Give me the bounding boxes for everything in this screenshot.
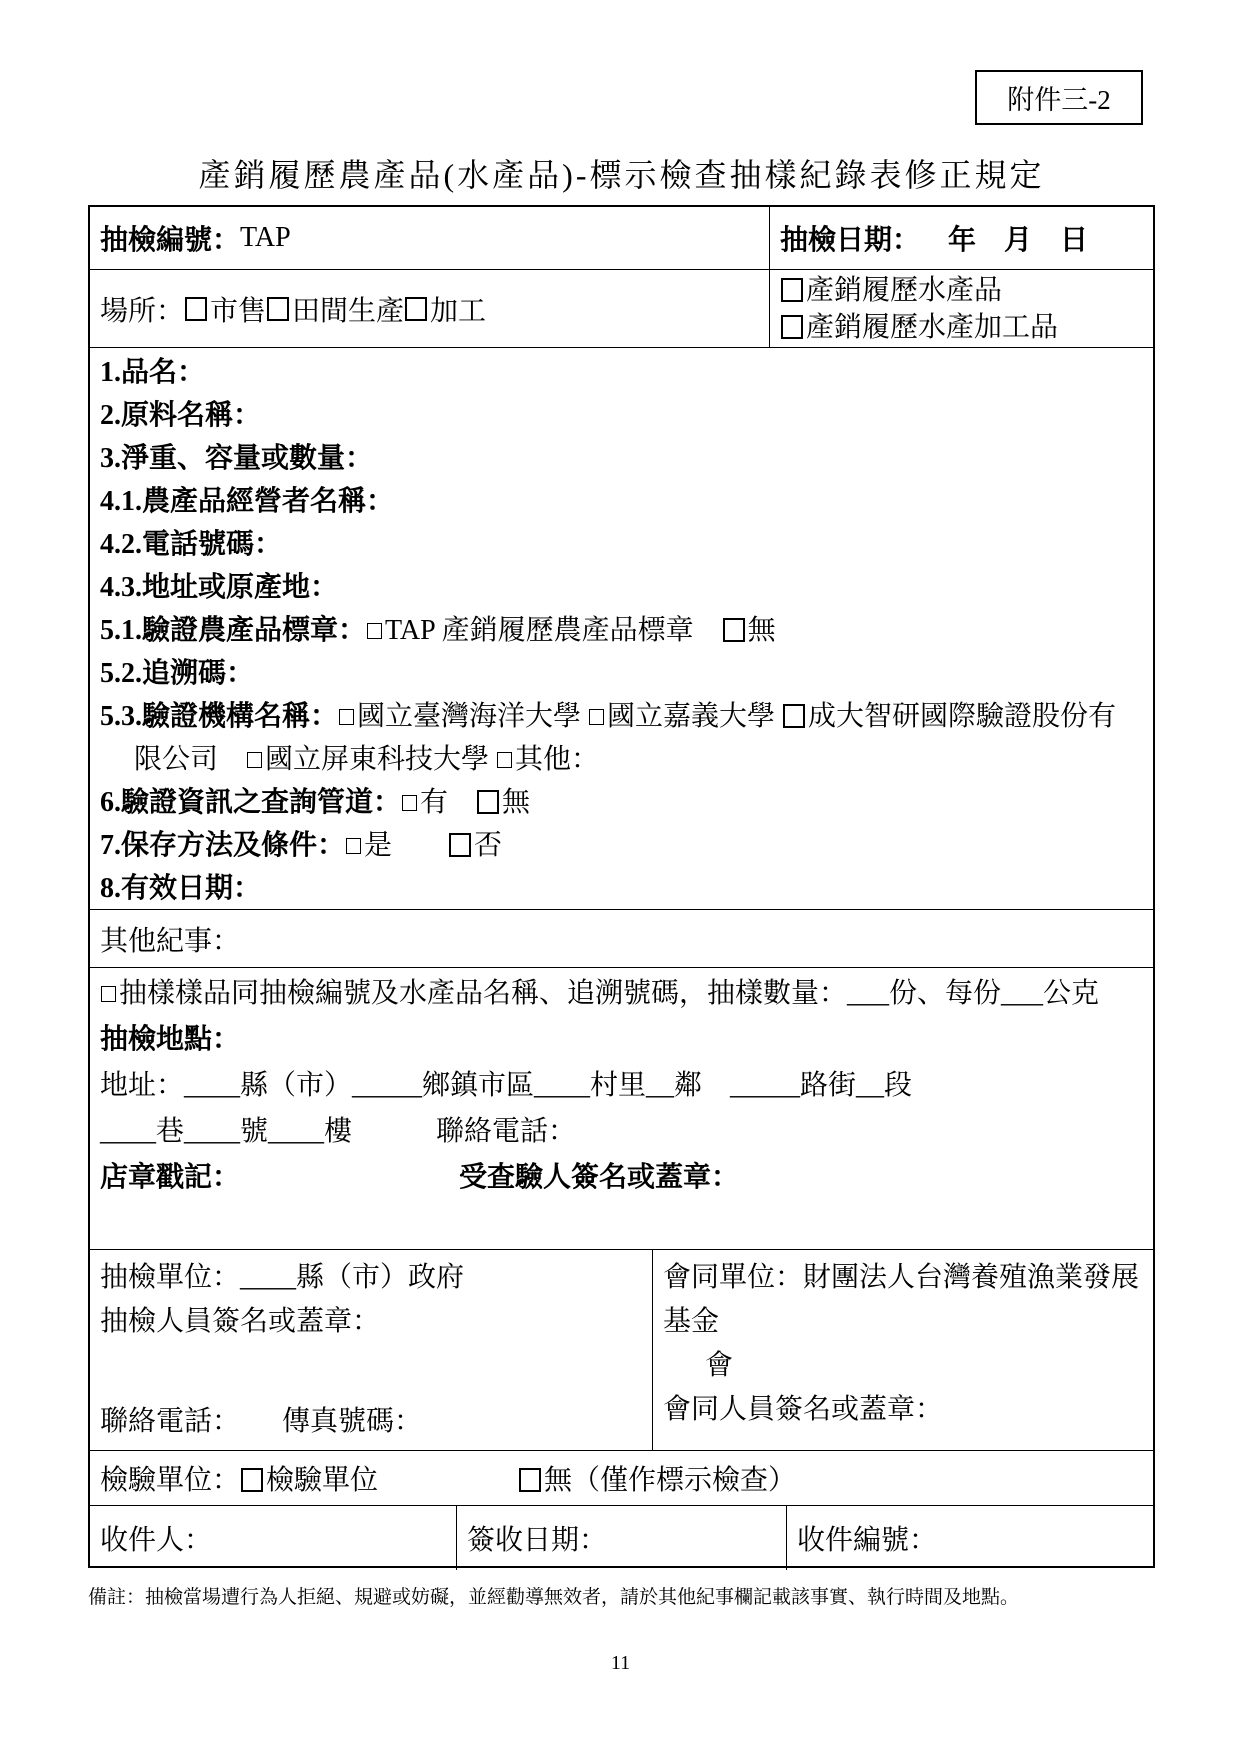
- form-item: 1.品名：: [100, 351, 1143, 394]
- accompanying-personnel-signature-label: 會同人員簽名或蓋章：: [663, 1388, 1143, 1432]
- receipt-number-label: 收件編號：: [797, 1525, 937, 1556]
- accompanying-unit-line-2: 會: [663, 1344, 1143, 1388]
- form-item-label: 5.3.驗證機構名稱：: [100, 701, 338, 732]
- form-item-label: 2.原料名稱：: [100, 400, 261, 431]
- attachment-label: 附件三-2: [1007, 78, 1111, 117]
- checkbox-icon[interactable]: [783, 704, 805, 728]
- checkbox-icon[interactable]: [781, 315, 803, 339]
- form-item-label: 1.品名：: [100, 357, 205, 388]
- sign-date-cell: 簽收日期：: [457, 1506, 787, 1570]
- product-type-cell: 產銷履歷水產品 產銷履歷水產加工品: [770, 270, 1153, 347]
- contact-fax-line: 聯絡電話： 傳真號碼：: [100, 1400, 642, 1444]
- checkbox-icon[interactable]: [519, 1468, 541, 1492]
- checkbox-icon[interactable]: [247, 752, 262, 768]
- address-line-2: ____巷____號____樓 聯絡電話：: [100, 1109, 1143, 1155]
- form-item: 8.有效日期：: [100, 867, 1143, 910]
- form-item-options: 有 無: [401, 787, 530, 818]
- inspection-form-table: 抽檢編號：TAP 抽檢日期： 年 月 日 場所：市售 田間生產 加工 產銷履歷水…: [88, 205, 1155, 1568]
- row-units: 抽檢單位：____縣（市）政府 抽檢人員簽名或蓋章： 聯絡電話： 傳真號碼： 會…: [90, 1249, 1153, 1450]
- checkbox-icon[interactable]: [723, 618, 745, 642]
- sample-number-value: TAP: [240, 222, 291, 254]
- form-item-options: TAP 產銷履歷農產品標章 無: [366, 615, 776, 646]
- accompanying-unit-cell: 會同單位：財團法人台灣養殖漁業發展基金 會 會同人員簽名或蓋章：: [653, 1250, 1153, 1450]
- form-item-options-continued: 限公司 國立屏東科技大學 其他：: [100, 738, 1143, 781]
- form-item: 4.2.電話號碼：: [100, 523, 1143, 566]
- attachment-tag-box: 附件三-2: [975, 70, 1143, 125]
- receiver-label: 收件人：: [100, 1525, 212, 1556]
- checkbox-icon[interactable]: [185, 297, 207, 321]
- row-sample-number: 抽檢編號：TAP 抽檢日期： 年 月 日: [90, 207, 1153, 269]
- form-item: 4.3.地址或原產地：: [100, 566, 1143, 609]
- form-item-label: 5.1.驗證農產品標章：: [100, 615, 366, 646]
- form-item: 5.3.驗證機構名稱：國立臺灣海洋大學 國立嘉義大學 成大智研國際驗證股份有: [100, 695, 1143, 738]
- stamp-signature-line: 店章戳記： 受查驗人簽名或蓋章：: [100, 1155, 1143, 1201]
- form-item-label: 4.2.電話號碼：: [100, 529, 282, 560]
- form-item: 6.驗證資訊之查詢管道：有 無: [100, 781, 1143, 824]
- sample-date-label: 抽檢日期：: [780, 218, 920, 258]
- site-cell: 場所：市售 田間生產 加工: [90, 270, 770, 347]
- checkbox-icon[interactable]: [101, 986, 116, 1002]
- sampling-location-label: 抽檢地點：: [100, 1017, 1143, 1063]
- testing-unit-line: 檢驗單位：檢驗單位 無（僅作標示檢查）: [100, 1458, 796, 1498]
- product-type-option-1: 產銷履歷水產品: [780, 272, 1143, 309]
- sample-quantity-line: 抽樣樣品同抽檢編號及水產品名稱、追溯號碼，抽樣數量：___份、每份___公克: [100, 971, 1143, 1017]
- form-item: 5.1.驗證農產品標章：TAP 產銷履歷農產品標章 無: [100, 609, 1143, 652]
- checkbox-icon[interactable]: [346, 838, 361, 854]
- form-item-options: 是 否: [345, 830, 502, 861]
- form-item-label: 4.1.農產品經營者名稱：: [100, 486, 394, 517]
- form-items: 1.品名：2.原料名稱：3.淨重、容量或數量：4.1.農產品經營者名稱：4.2.…: [100, 351, 1143, 910]
- checkbox-icon[interactable]: [241, 1468, 263, 1492]
- document-title: 產銷履歷農產品(水產品)-標示檢查抽樣紀錄表修正規定: [88, 150, 1155, 196]
- receiver-cell: 收件人：: [90, 1506, 457, 1570]
- row-other-notes: 其他紀事：: [90, 909, 1153, 967]
- checkbox-icon[interactable]: [339, 709, 354, 725]
- row-sampling-location: 抽樣樣品同抽檢編號及水產品名稱、追溯號碼，抽樣數量：___份、每份___公克 抽…: [90, 967, 1153, 1249]
- checkbox-icon[interactable]: [589, 709, 604, 725]
- row-testing-unit: 檢驗單位：檢驗單位 無（僅作標示檢查）: [90, 1450, 1153, 1505]
- checkbox-icon[interactable]: [449, 833, 471, 857]
- sample-number-label: 抽檢編號：: [100, 218, 240, 258]
- sample-date-value: 年 月 日: [920, 218, 1088, 258]
- checkbox-icon[interactable]: [477, 790, 499, 814]
- checkbox-icon[interactable]: [497, 752, 512, 768]
- form-item: 4.1.農產品經營者名稱：: [100, 480, 1143, 523]
- row-label-items: 1.品名：2.原料名稱：3.淨重、容量或數量：4.1.農產品經營者名稱：4.2.…: [90, 347, 1153, 909]
- form-item-label: 8.有效日期：: [100, 873, 261, 904]
- form-item: 7.保存方法及條件：是 否: [100, 824, 1143, 867]
- store-stamp-label: 店章戳記：: [100, 1162, 240, 1193]
- form-item-label: 5.2.追溯碼：: [100, 658, 254, 689]
- form-item-label: 4.3.地址或原產地：: [100, 572, 338, 603]
- row-site-type: 場所：市售 田間生產 加工 產銷履歷水產品 產銷履歷水產加工品: [90, 269, 1153, 347]
- product-type-option-2: 產銷履歷水產加工品: [780, 309, 1143, 346]
- sampling-unit-cell: 抽檢單位：____縣（市）政府 抽檢人員簽名或蓋章： 聯絡電話： 傳真號碼：: [90, 1250, 653, 1450]
- sign-date-label: 簽收日期：: [467, 1525, 607, 1556]
- page-number: 11: [0, 1652, 1241, 1675]
- sample-number-cell: 抽檢編號：TAP: [90, 207, 770, 269]
- checkbox-icon[interactable]: [402, 795, 417, 811]
- checkbox-icon[interactable]: [367, 623, 382, 639]
- form-item-label: 6.驗證資訊之查詢管道：: [100, 787, 401, 818]
- other-notes-label: 其他紀事：: [100, 919, 240, 959]
- form-item: 2.原料名稱：: [100, 394, 1143, 437]
- accompanying-unit-line-1: 會同單位：財團法人台灣養殖漁業發展基金: [663, 1256, 1143, 1344]
- checkbox-icon[interactable]: [267, 297, 289, 321]
- row-receipt: 收件人： 簽收日期： 收件編號：: [90, 1505, 1153, 1570]
- form-item-options: 國立臺灣海洋大學 國立嘉義大學 成大智研國際驗證股份有: [338, 701, 1116, 732]
- checkbox-icon[interactable]: [781, 278, 803, 302]
- form-item-label: 3.淨重、容量或數量：: [100, 443, 373, 474]
- form-item: 5.2.追溯碼：: [100, 652, 1143, 695]
- checkbox-icon[interactable]: [405, 297, 427, 321]
- address-line-1: 地址：____縣（市）_____鄉鎮市區____村里__鄰 _____路街__段: [100, 1063, 1143, 1109]
- sample-date-cell: 抽檢日期： 年 月 日: [770, 207, 1153, 269]
- footnote: 備註：抽檢當場遭行為人拒絕、規避或妨礙，並經勸導無效者，請於其他紀事欄記載該事實…: [88, 1582, 1188, 1609]
- receipt-number-cell: 收件編號：: [787, 1506, 1153, 1570]
- form-item: 3.淨重、容量或數量：: [100, 437, 1143, 480]
- inspected-person-signature-label: 受查驗人簽名或蓋章：: [459, 1162, 739, 1193]
- document-page: 附件三-2 產銷履歷農產品(水產品)-標示檢查抽樣紀錄表修正規定 抽檢編號：TA…: [0, 0, 1241, 1755]
- sampling-unit-line: 抽檢單位：____縣（市）政府: [100, 1256, 642, 1300]
- form-item-label: 7.保存方法及條件：: [100, 830, 345, 861]
- sampling-personnel-signature-label: 抽檢人員簽名或蓋章：: [100, 1300, 642, 1344]
